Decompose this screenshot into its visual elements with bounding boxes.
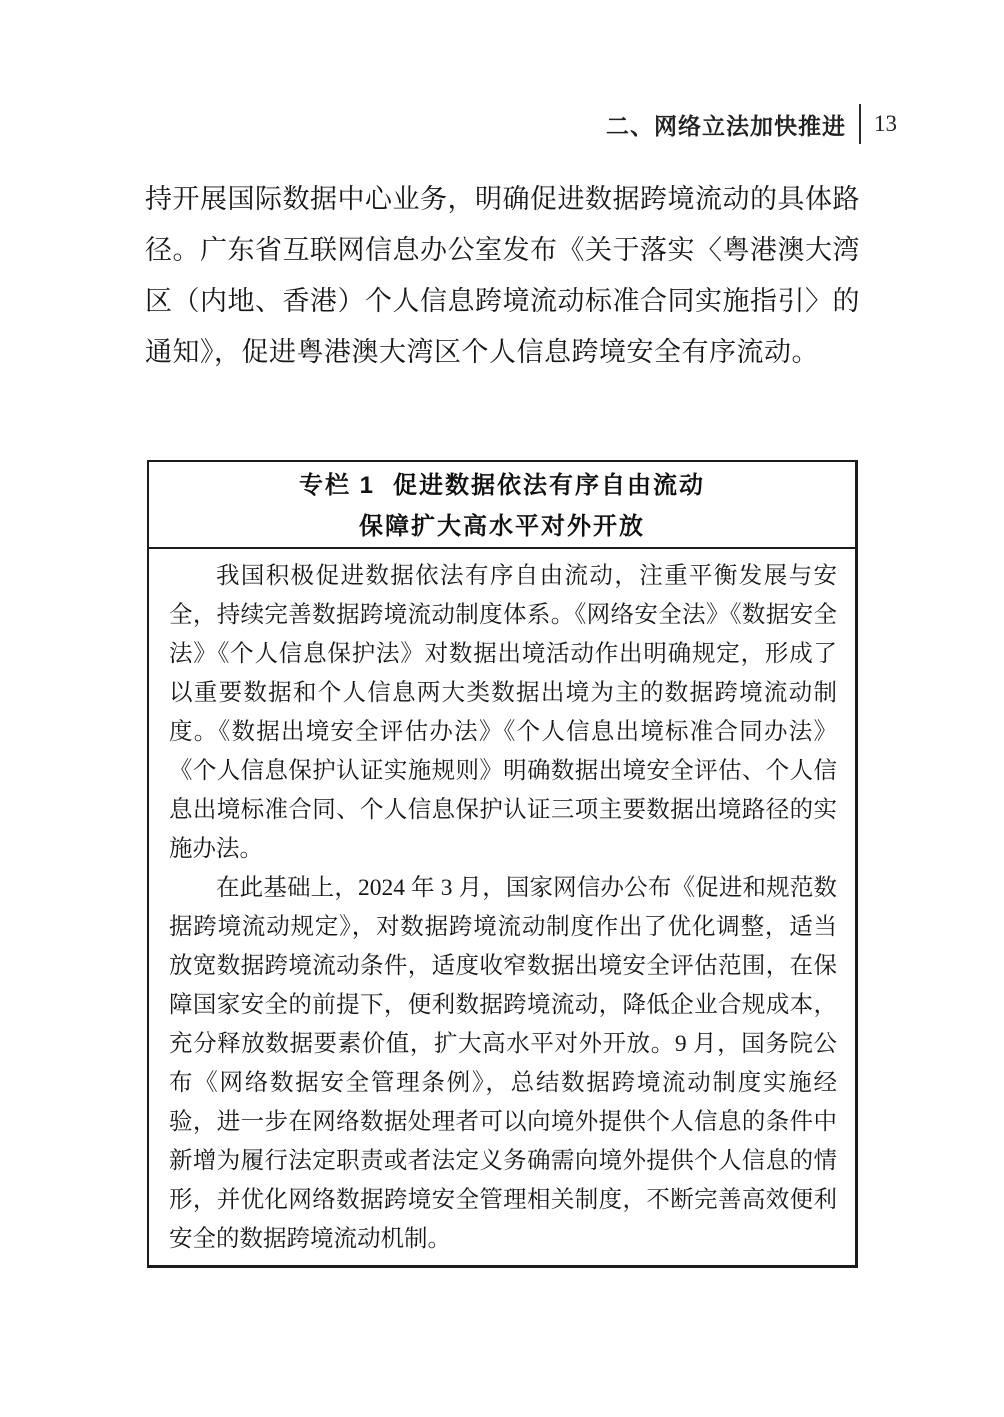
body-paragraph: 持开展国际数据中心业务，明确促进数据跨境流动的具体路径。广东省互联网信息办公室发… <box>145 174 860 378</box>
body-text-block: 持开展国际数据中心业务，明确促进数据跨境流动的具体路径。广东省互联网信息办公室发… <box>145 174 860 378</box>
document-page: 二、网络立法加快推进 13 持开展国际数据中心业务，明确促进数据跨境流动的具体路… <box>0 0 1004 1417</box>
column-box-paragraph: 我国积极促进数据依法有序自由流动，注重平衡发展与安全，持续完善数据跨境流动制度体… <box>169 557 837 869</box>
running-header: 二、网络立法加快推进 13 <box>0 104 897 144</box>
column-box-body: 我国积极促进数据依法有序自由流动，注重平衡发展与安全，持续完善数据跨境流动制度体… <box>149 549 855 1265</box>
column-box-paragraph: 在此基础上，2024 年 3 月，国家网信办公布《促进和规范数据跨境流动规定》，… <box>169 869 837 1259</box>
column-box-label: 专栏 1 <box>299 472 375 499</box>
header-divider-rule <box>859 104 861 144</box>
column-box-subtitle: 保障扩大高水平对外开放 <box>159 506 845 547</box>
page-number: 13 <box>874 111 897 137</box>
column-box-title-line1: 专栏 1促进数据依法有序自由流动 <box>159 465 845 506</box>
column-box-title: 专栏 1促进数据依法有序自由流动 保障扩大高水平对外开放 <box>149 462 855 549</box>
header-section-title: 二、网络立法加快推进 <box>606 108 846 141</box>
column-box: 专栏 1促进数据依法有序自由流动 保障扩大高水平对外开放 我国积极促进数据依法有… <box>147 460 858 1268</box>
column-box-title-text: 促进数据依法有序自由流动 <box>393 472 705 499</box>
